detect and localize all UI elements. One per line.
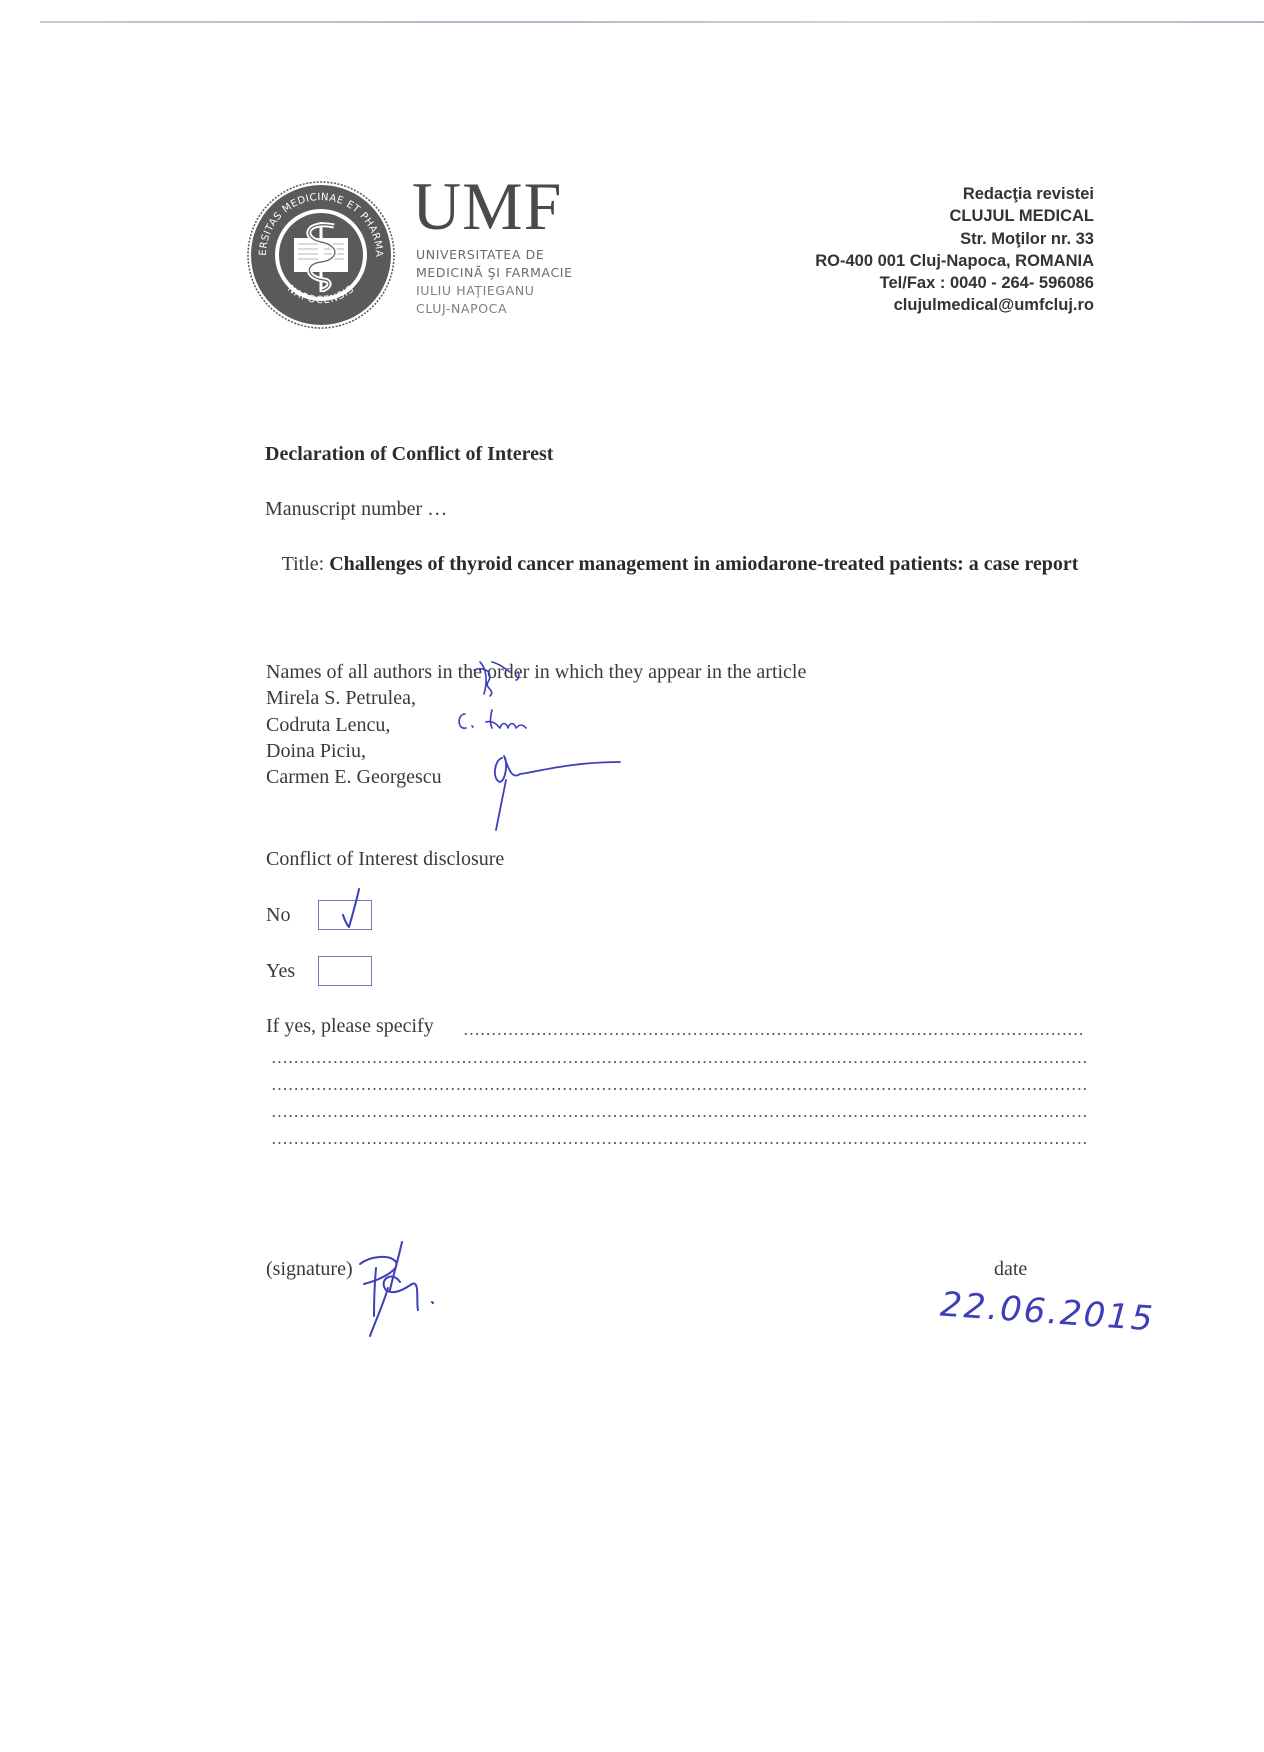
specify-label: If yes, please specify [266, 1015, 434, 1038]
university-name-line-1: UNIVERSITATEA DE [416, 247, 544, 263]
manuscript-title: Title: Challenges of thyroid cancer mana… [260, 549, 1100, 579]
specify-line-4[interactable] [271, 1115, 1087, 1117]
date-value[interactable]: 22.06.2015 [939, 1285, 1156, 1340]
option-yes-label: Yes [266, 960, 295, 983]
specify-line-1[interactable] [463, 1033, 1083, 1035]
specify-line-5[interactable] [271, 1142, 1087, 1144]
university-name-line-3: IULIU HAŢIEGANU [416, 283, 535, 299]
disclosure-label: Conflict of Interest disclosure [266, 848, 504, 871]
specify-line-3[interactable] [271, 1088, 1087, 1090]
option-no-label: No [266, 904, 290, 927]
address-email: clujulmedical@umfcluj.ro [815, 294, 1094, 316]
umf-logo-text: UMF [412, 172, 562, 240]
checkmark-icon [319, 887, 371, 931]
university-seal-logo: UNIVERSITAS MEDICINAE ET PHARMACIAE NAPO… [246, 180, 396, 330]
author-signatures [440, 650, 660, 850]
no-checkbox[interactable] [318, 900, 372, 930]
specify-line-2[interactable] [271, 1061, 1087, 1063]
form-heading: Declaration of Conflict of Interest [265, 443, 553, 466]
address-line: CLUJUL MEDICAL [815, 205, 1094, 227]
address-line: Str. Moţilor nr. 33 [815, 228, 1094, 250]
signature-mark[interactable] [320, 1240, 520, 1350]
yes-checkbox[interactable] [318, 956, 372, 986]
journal-address-block: Redacţia revistei CLUJUL MEDICAL Str. Mo… [815, 183, 1094, 317]
address-line: Tel/Fax : 0040 - 264- 596086 [815, 272, 1094, 294]
address-line: RO-400 001 Cluj-Napoca, ROMANIA [815, 250, 1094, 272]
manuscript-number-label: Manuscript number … [265, 498, 447, 521]
date-label: date [994, 1258, 1027, 1281]
university-name-line-4: CLUJ-NAPOCA [416, 301, 507, 317]
address-line: Redacţia revistei [815, 183, 1094, 205]
title-text: Challenges of thyroid cancer management … [329, 553, 1078, 575]
scan-top-edge-line [40, 21, 1264, 23]
university-name-line-2: MEDICINĂ ŞI FARMACIE [416, 265, 573, 281]
title-prefix: Title: [282, 553, 330, 575]
